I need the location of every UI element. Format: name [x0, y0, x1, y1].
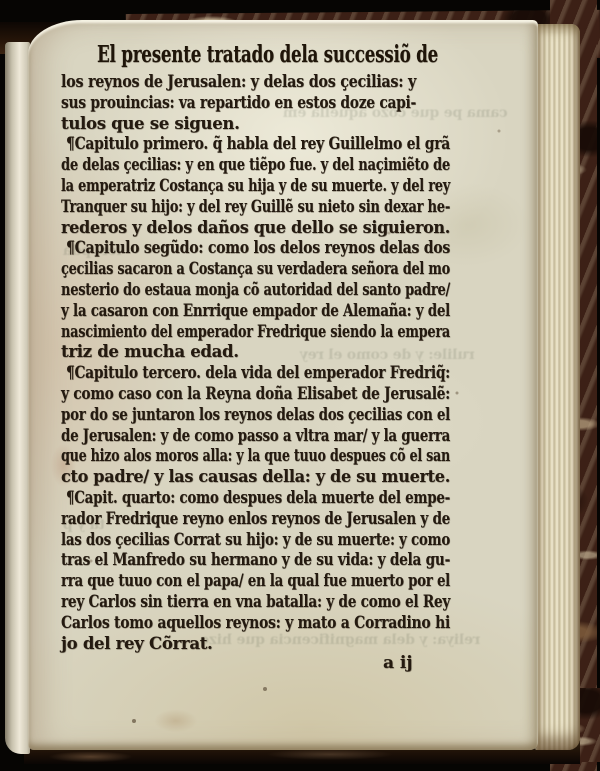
chapter-1-line: de delas çecilias: y en que tiẽpo fue. y…: [61, 155, 450, 176]
chapter-3-line: ¶Capitulo tercero. dela vida del emperad…: [66, 363, 450, 384]
chapter-1-line: Tranquer su hijo: y del rey Guillẽ su ni…: [61, 197, 450, 218]
chapter-4-line: las dos çecilias Corrat su hijo: y de su…: [61, 530, 450, 551]
chapter-1-line: rederos y delos daños que dello se sigui…: [61, 218, 450, 239]
chapter-4-line: jo del rey Cõrrat.: [61, 634, 212, 655]
chapter-3-line: y como caso con la Reyna doña Elisabet d…: [61, 384, 450, 405]
chapter-2-line: y la casaron con Enrrique empador de Ale…: [61, 301, 450, 322]
chapter-2-line: çecilias sacaron a Costança su verdadera…: [61, 259, 450, 280]
chapter-3-line: cto padre/ y las causas della: y de su m…: [61, 467, 450, 488]
book-photo-frame: cama pe que cozo aquella em ler: pda rul…: [0, 0, 600, 771]
chapter-3-line: de Jerusalen: y de como passo a vltra ma…: [61, 426, 450, 447]
signature-mark: a ij: [383, 653, 413, 673]
chapter-1-line: ¶Capitulo primero. q̃ habla del rey Guil…: [66, 134, 450, 155]
chapter-2-line: nesterio do estaua monja cõ autoridad de…: [61, 280, 450, 301]
chapter-4-line: tras el Manfredo su hermano y de su vida…: [61, 550, 450, 571]
heading-line: El presente tratado dela successiõ de: [97, 39, 438, 72]
scanned-book-page: cama pe que cozo aquella em ler: pda rul…: [28, 20, 538, 750]
intro-line: sus prouincias: va repartido en estos do…: [61, 93, 416, 114]
chapter-3-line: por do se juntaron los reynos delas dos …: [61, 405, 450, 426]
chapter-2-line: nascimiento del emperador Fredrique sien…: [61, 322, 450, 343]
chapter-2-line: triz de mucha edad.: [61, 342, 239, 363]
chapter-1-line: la emperatriz Costança su hija y de su m…: [61, 176, 450, 197]
text-block: El presente tratado dela successiõ de lo…: [61, 39, 453, 701]
chapter-4-line: rey Carlos sin tierra en vna batalla: y …: [61, 592, 450, 613]
facing-page-edge: [5, 42, 30, 754]
intro-line: tulos que se siguen.: [61, 114, 240, 135]
ink-specks: [28, 20, 30, 22]
fore-edge-pages: [534, 24, 580, 750]
chapter-4-line: Carlos tomo aquellos reynos: y mato a Co…: [61, 613, 450, 634]
intro-line: los reynos de Jerusalen: y delas dos çec…: [61, 72, 416, 93]
chapter-4-line: rador Fredrique reyno enlos reynos de Je…: [61, 509, 450, 530]
chapter-4-line: rra que tuuo con el papa/ en la qual fue…: [61, 571, 450, 592]
chapter-2-line: ¶Capitulo segũdo: como los delos reynos …: [66, 238, 450, 259]
chapter-3-line: que hizo alos moros alla: y la que tuuo …: [61, 446, 450, 467]
chapter-4-line: ¶Capit. quarto: como despues dela muerte…: [66, 488, 450, 509]
